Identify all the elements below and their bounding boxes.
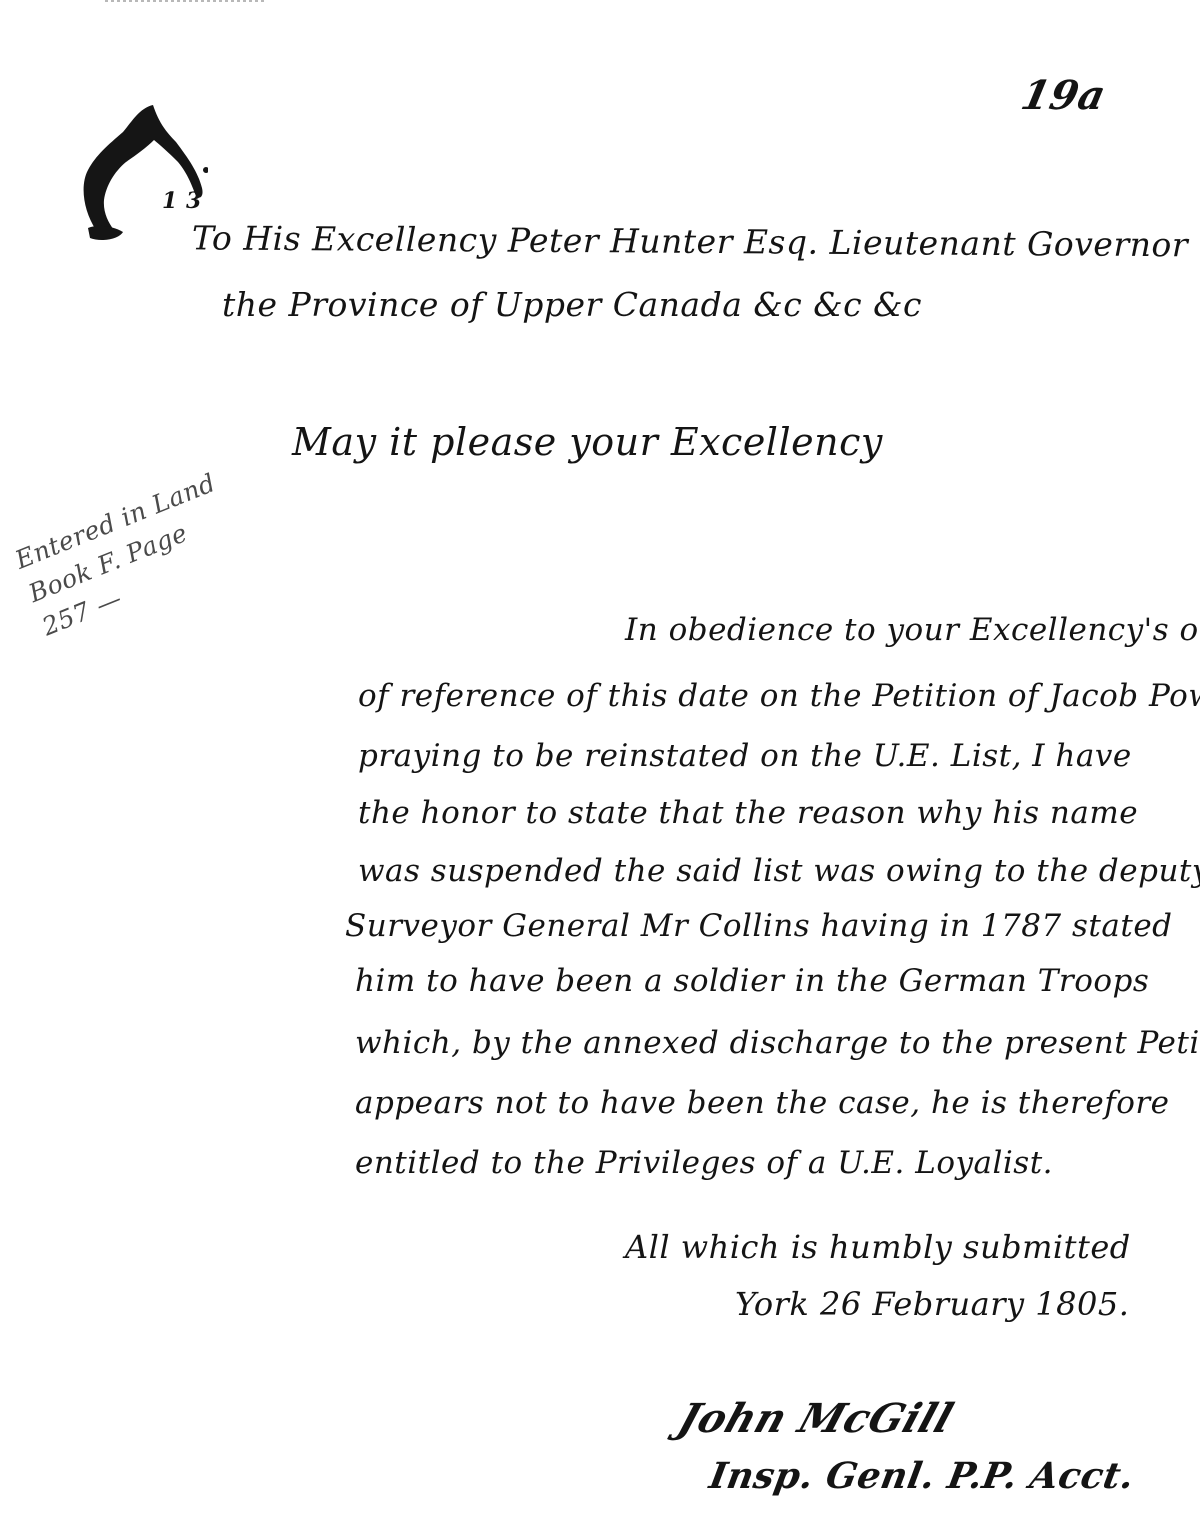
scan-edge-artifact [105,0,265,2]
body-line: praying to be reinstated on the U.E. Lis… [358,738,1132,774]
body-line: In obedience to your Excellency's order [625,612,1200,648]
address-line-1: To His Excellency Peter Hunter Esq. Lieu… [192,218,1200,264]
body-line: entitled to the Privileges of a U.E. Loy… [355,1145,1053,1181]
wax-seal-residue-icon [78,100,208,250]
signature-title: Insp. Genl. P.P. Acct. [706,1455,1137,1497]
body-line: the honor to state that the reason why h… [358,795,1138,831]
body-line: him to have been a soldier in the German… [355,963,1149,999]
margin-note: Entered in Land Book F. Page 257 — [10,455,273,645]
body-line: of reference of this date on the Petitio… [358,678,1200,714]
signature-name: John McGill [672,1395,959,1442]
seal-mark: 1 3 [162,188,202,214]
closing-date: York 26 February 1805. [735,1285,1129,1323]
address-line-2: the Province of Upper Canada &c &c &c [222,285,922,324]
body-line: appears not to have been the case, he is… [355,1085,1170,1121]
body-line: Surveyor General Mr Collins having in 17… [345,908,1173,944]
folio-number: 19a [1017,72,1110,119]
document-page: 19a 1 3 To His Excellency Peter Hunter E… [0,0,1200,1513]
closing-line-1: All which is humbly submitted [625,1228,1131,1266]
salutation: May it please your Excellency [292,420,883,464]
body-line: which, by the annexed discharge to the p… [355,1025,1200,1061]
body-line: was suspended the said list was owing to… [358,853,1200,889]
